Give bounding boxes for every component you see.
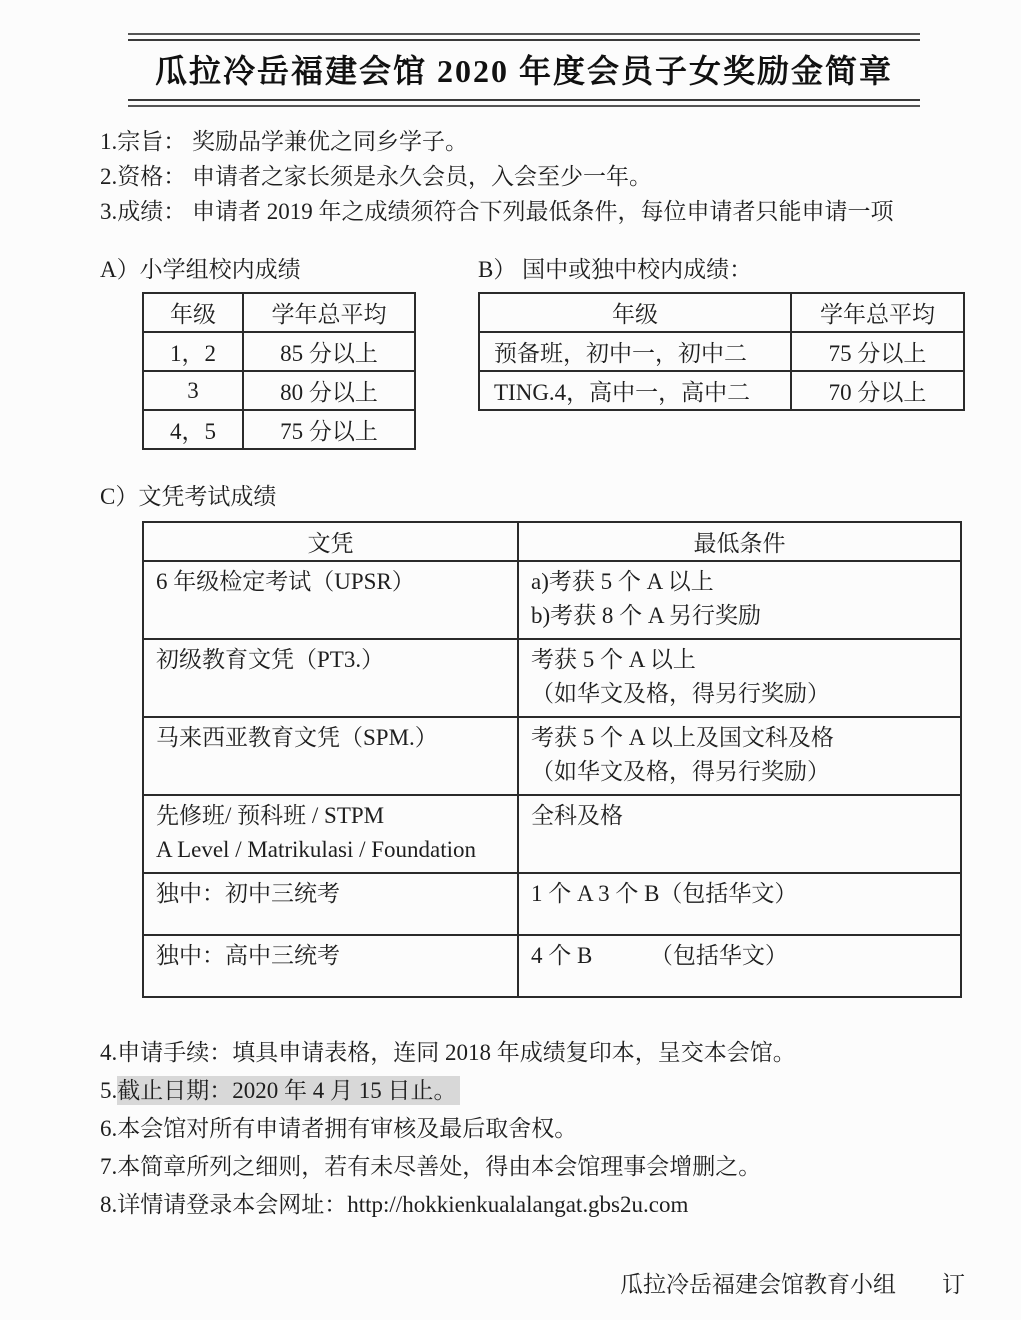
section-c: C）文凭考试成绩 文凭 最低条件 6 年级检定考试（UPSR） a)考获 5 个… xyxy=(100,483,965,998)
table-cell: 75 分以上 xyxy=(243,410,415,449)
intro-section: 1.宗旨： 奖励品学兼优之同乡学子。 2.资格： 申请者之家长须是永久会员，入会… xyxy=(100,124,965,229)
table-row: 4，5 75 分以上 xyxy=(143,410,415,449)
document-page: 瓜拉冷岳福建会馆 2020 年度会员子女奖励金简章 1.宗旨： 奖励品学兼优之同… xyxy=(0,0,1021,1320)
item-number: 8. xyxy=(100,1192,117,1217)
table-cell: 全科及格 xyxy=(518,795,961,873)
table-cell: 1 个 A 3 个 B（包括华文） xyxy=(518,873,961,935)
table-cell: a)考获 5 个 A 以上 b)考获 8 个 A 另行奖励 xyxy=(518,561,961,639)
table-cell: 4 个 B （包括华文） xyxy=(518,935,961,997)
section-b-label: B） 国中或独中校内成绩： xyxy=(478,256,965,284)
item-number: 3. xyxy=(100,199,117,224)
table-cell: 考获 5 个 A 以上及国文科及格 （如华文及格，得另行奖励） xyxy=(518,717,961,795)
note-item-7: 7.本简章所列之细则，若有未尽善处，得由本会馆理事会增删之。 xyxy=(100,1148,965,1186)
item-number: 4. xyxy=(100,1040,117,1065)
notes-section: 4.申请手续：填具申请表格，连同 2018 年成绩复印本，呈交本会馆。 5.截止… xyxy=(100,1034,965,1224)
item-number: 5. xyxy=(100,1078,117,1103)
table-row: 1，2 85 分以上 xyxy=(143,332,415,371)
table-cell: 6 年级检定考试（UPSR） xyxy=(143,561,518,639)
table-cell: 3 xyxy=(143,371,243,410)
header-cell: 文凭 xyxy=(143,522,518,561)
page-title: 瓜拉冷岳福建会馆 2020 年度会员子女奖励金简章 xyxy=(128,39,920,101)
table-row: 马来西亚教育文凭（SPM.） 考获 5 个 A 以上及国文科及格 （如华文及格，… xyxy=(143,717,961,795)
title-box: 瓜拉冷岳福建会馆 2020 年度会员子女奖励金简章 xyxy=(128,33,920,107)
table-header-row: 年级 学年总平均 xyxy=(479,293,964,332)
item-text: 宗旨： 奖励品学兼优之同乡学子。 xyxy=(117,129,468,154)
table-cell: 4，5 xyxy=(143,410,243,449)
table-cell: 1，2 xyxy=(143,332,243,371)
table-row: 初级教育文凭（PT3.） 考获 5 个 A 以上 （如华文及格，得另行奖励） xyxy=(143,639,961,717)
section-a: A）小学组校内成绩 年级 学年总平均 1，2 85 分以上 3 80 分以上 xyxy=(100,256,478,450)
intro-item-3: 3.成绩： 申请者 2019 年之成绩须符合下列最低条件，每位申请者只能申请一项 xyxy=(100,194,965,229)
sections-a-b: A）小学组校内成绩 年级 学年总平均 1，2 85 分以上 3 80 分以上 xyxy=(100,256,965,450)
note-item-5: 5.截止日期：2020 年 4 月 15 日止。 xyxy=(100,1072,965,1110)
note-item-8: 8.详情请登录本会网址：http://hokkienkualalangat.gb… xyxy=(100,1186,965,1224)
table-cell: TING.4，高中一，高中二 xyxy=(479,371,791,410)
header-cell: 最低条件 xyxy=(518,522,961,561)
table-cell: 马来西亚教育文凭（SPM.） xyxy=(143,717,518,795)
table-cell: 85 分以上 xyxy=(243,332,415,371)
item-text: 本会馆对所有申请者拥有审核及最后取舍权。 xyxy=(117,1116,577,1141)
secondary-school-grades-table: 年级 学年总平均 预备班，初中一，初中二 75 分以上 TING.4，高中一，高… xyxy=(478,292,965,411)
table-cell: 预备班，初中一，初中二 xyxy=(479,332,791,371)
table-header-row: 年级 学年总平均 xyxy=(143,293,415,332)
note-item-4: 4.申请手续：填具申请表格，连同 2018 年成绩复印本，呈交本会馆。 xyxy=(100,1034,965,1072)
header-cell: 年级 xyxy=(143,293,243,332)
header-cell: 学年总平均 xyxy=(791,293,964,332)
table-cell: 80 分以上 xyxy=(243,371,415,410)
diploma-exam-table: 文凭 最低条件 6 年级检定考试（UPSR） a)考获 5 个 A 以上 b)考… xyxy=(142,521,962,998)
primary-school-grades-table: 年级 学年总平均 1，2 85 分以上 3 80 分以上 4，5 xyxy=(142,292,416,450)
item-text: 申请手续：填具申请表格，连同 2018 年成绩复印本，呈交本会馆。 xyxy=(117,1040,796,1065)
section-c-label: C）文凭考试成绩 xyxy=(100,483,965,511)
item-number: 7. xyxy=(100,1154,117,1179)
website-url-text: 详情请登录本会网址：http://hokkienkualalangat.gbs2… xyxy=(117,1192,688,1217)
item-text: 本简章所列之细则，若有未尽善处，得由本会馆理事会增删之。 xyxy=(117,1154,761,1179)
signature-line: 瓜拉冷岳福建会馆教育小组 订 xyxy=(100,1266,965,1299)
table-cell: 70 分以上 xyxy=(791,371,964,410)
table-header-row: 文凭 最低条件 xyxy=(143,522,961,561)
table-row: 预备班，初中一，初中二 75 分以上 xyxy=(479,332,964,371)
table-row: 3 80 分以上 xyxy=(143,371,415,410)
table-row: 6 年级检定考试（UPSR） a)考获 5 个 A 以上 b)考获 8 个 A … xyxy=(143,561,961,639)
table-cell: 考获 5 个 A 以上 （如华文及格，得另行奖励） xyxy=(518,639,961,717)
table-row: 独中：高中三统考 4 个 B （包括华文） xyxy=(143,935,961,997)
item-text: 资格： 申请者之家长须是永久会员，入会至少一年。 xyxy=(117,164,652,189)
table-cell: 75 分以上 xyxy=(791,332,964,371)
table-cell: 初级教育文凭（PT3.） xyxy=(143,639,518,717)
table-row: 独中：初中三统考 1 个 A 3 个 B（包括华文） xyxy=(143,873,961,935)
section-a-label: A）小学组校内成绩 xyxy=(100,256,478,284)
header-cell: 学年总平均 xyxy=(243,293,415,332)
intro-item-1: 1.宗旨： 奖励品学兼优之同乡学子。 xyxy=(100,124,965,159)
table-row: TING.4，高中一，高中二 70 分以上 xyxy=(479,371,964,410)
item-text: 成绩： 申请者 2019 年之成绩须符合下列最低条件，每位申请者只能申请一项 xyxy=(117,199,893,224)
table-row: 先修班/ 预科班 / STPM A Level / Matrikulasi / … xyxy=(143,795,961,873)
intro-item-2: 2.资格： 申请者之家长须是永久会员，入会至少一年。 xyxy=(100,159,965,194)
item-number: 6. xyxy=(100,1116,117,1141)
deadline-highlight: 截止日期：2020 年 4 月 15 日止。 xyxy=(117,1076,459,1105)
table-cell: 独中：初中三统考 xyxy=(143,873,518,935)
note-item-6: 6.本会馆对所有申请者拥有审核及最后取舍权。 xyxy=(100,1110,965,1148)
section-b: B） 国中或独中校内成绩： 年级 学年总平均 预备班，初中一，初中二 75 分以… xyxy=(478,256,965,411)
item-number: 2. xyxy=(100,164,117,189)
table-cell: 独中：高中三统考 xyxy=(143,935,518,997)
table-cell: 先修班/ 预科班 / STPM A Level / Matrikulasi / … xyxy=(143,795,518,873)
header-cell: 年级 xyxy=(479,293,791,332)
item-number: 1. xyxy=(100,129,117,154)
